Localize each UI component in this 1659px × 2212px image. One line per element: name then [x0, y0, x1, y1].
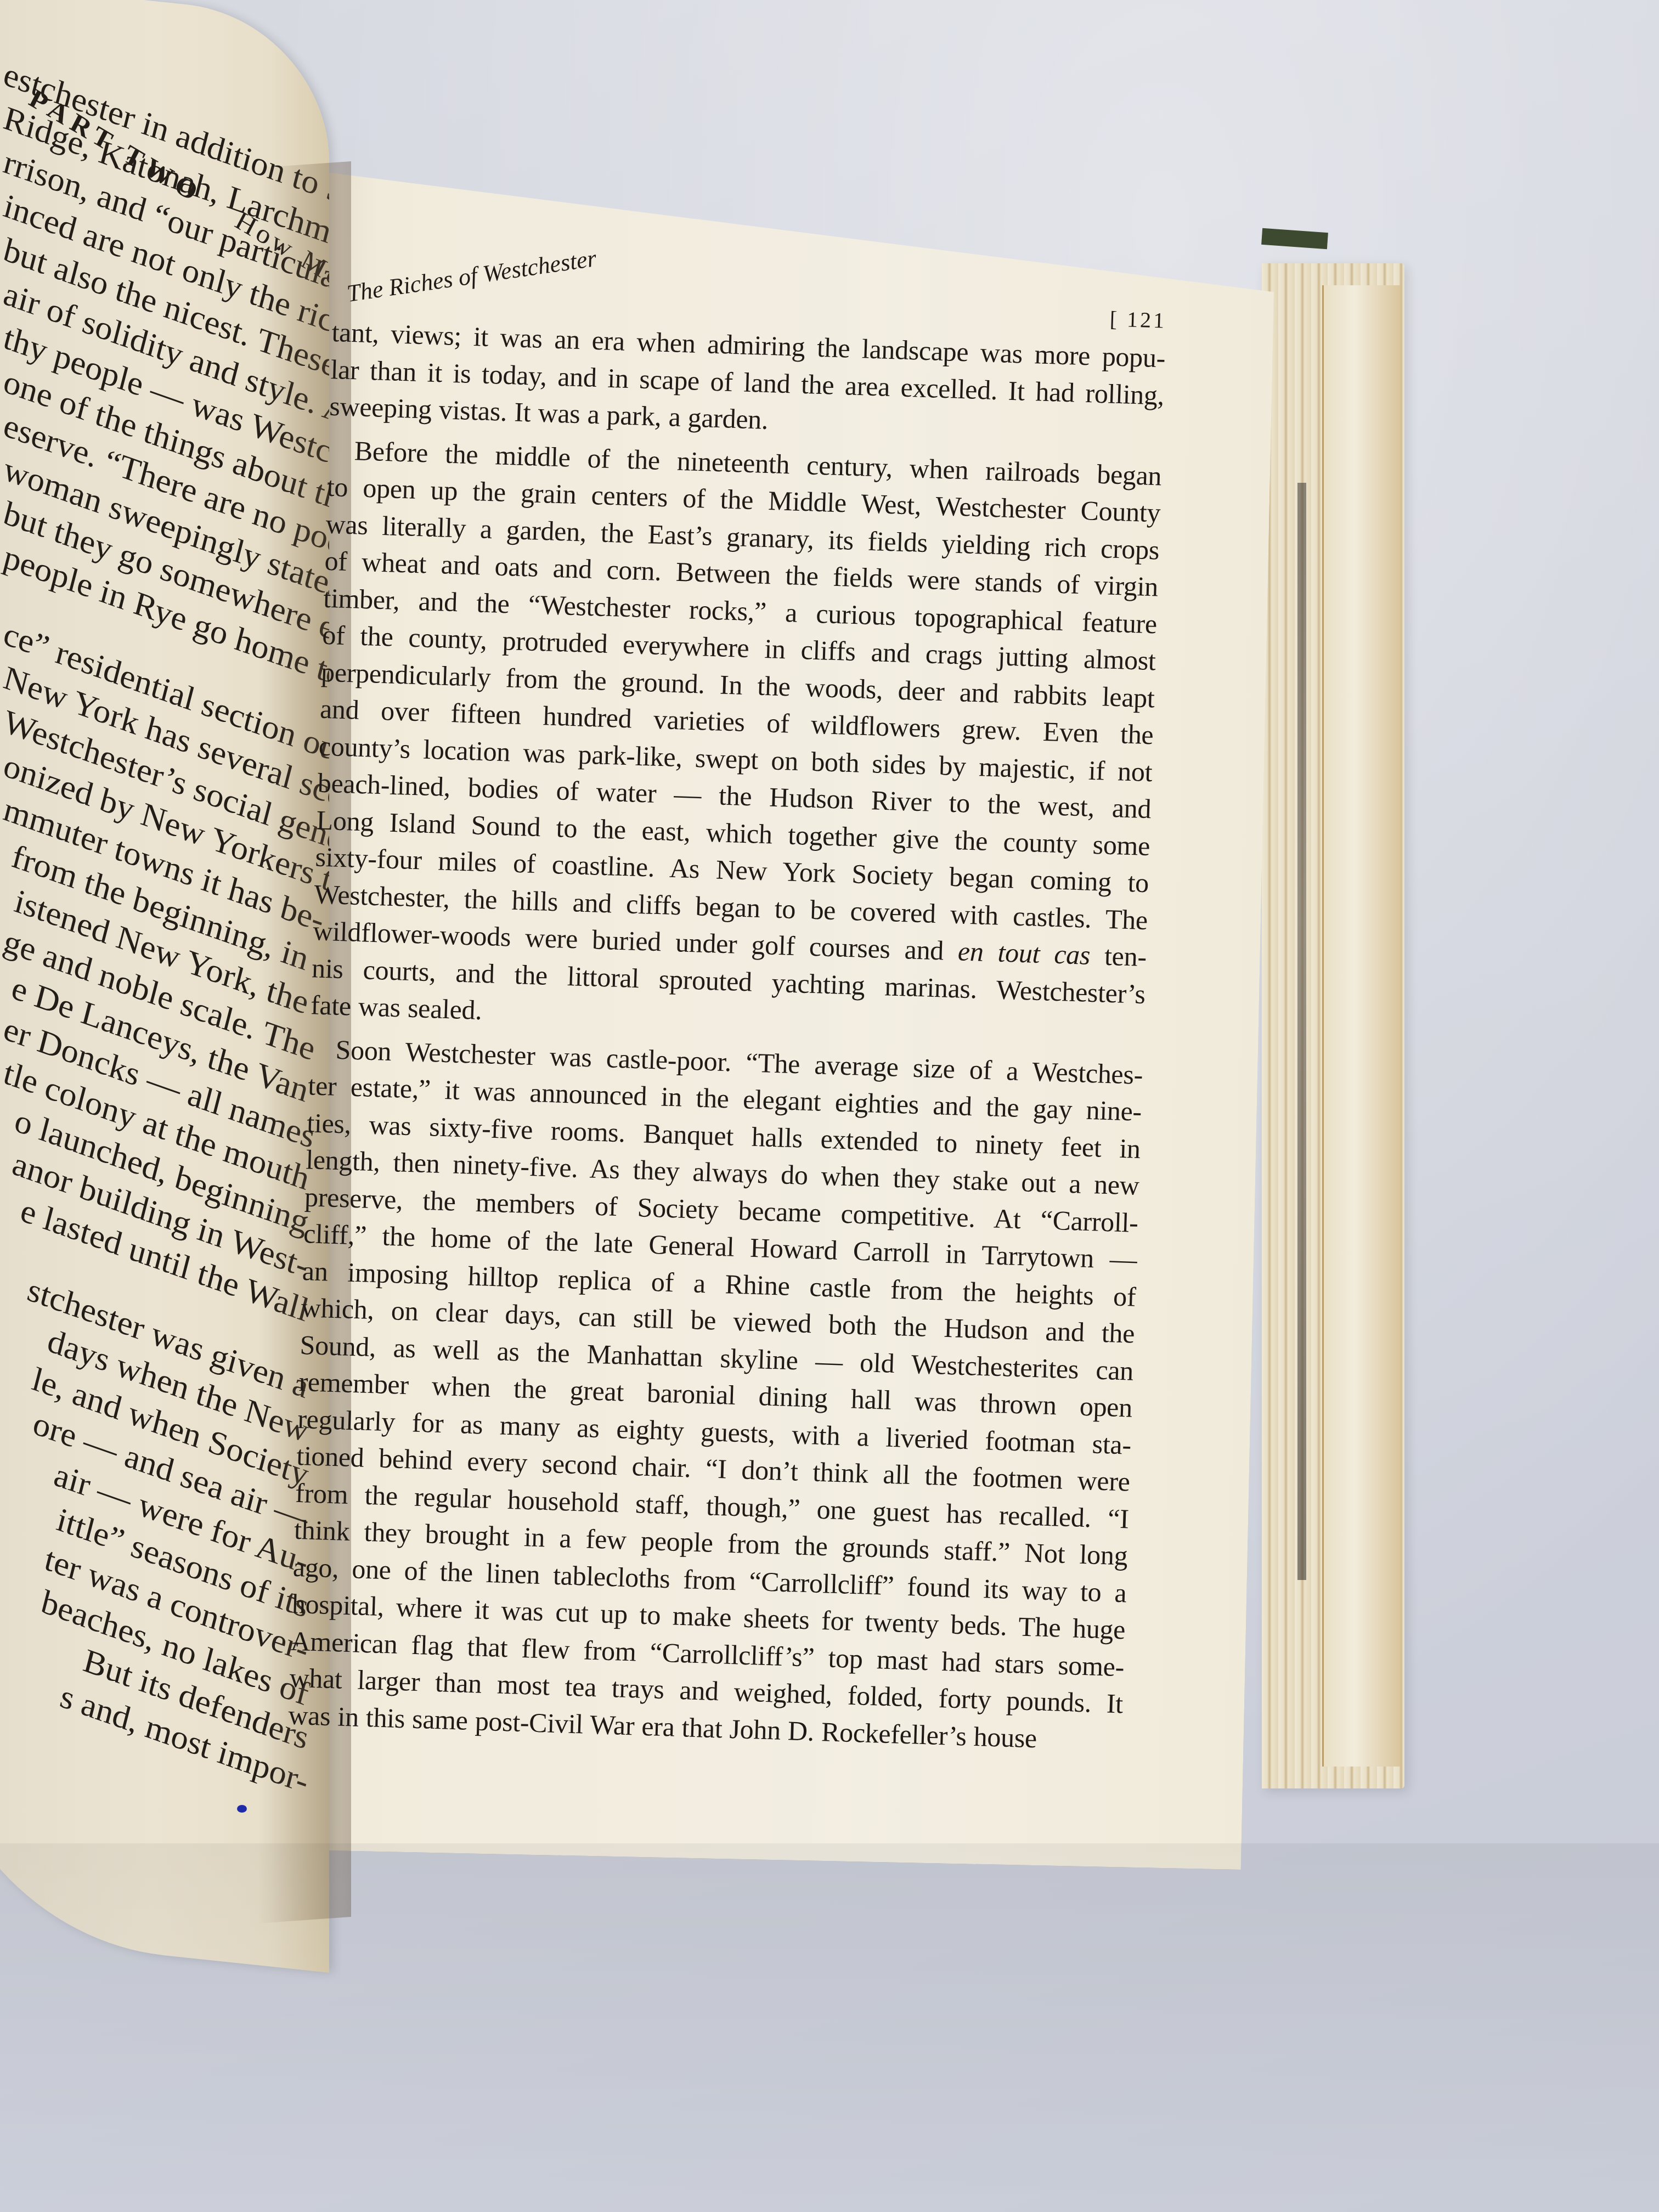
body-text: tant, views; it was an era when admiring… — [288, 314, 1166, 1759]
paragraph: Before the middle of the nineteenth cent… — [310, 431, 1162, 1049]
paragraph: Soon Westchester was castle-poor. “The a… — [288, 1030, 1144, 1760]
folded-page-edge — [1322, 285, 1401, 1767]
right-page-content: The Riches of Westchester [ 121 tant, vi… — [288, 241, 1169, 1759]
page-number: [ 121 — [1109, 306, 1167, 333]
chapter-title: The Riches of Westchester — [345, 244, 599, 308]
bookmark — [1297, 483, 1306, 1580]
thread-mark — [237, 1805, 247, 1813]
table-shadow — [0, 1843, 1659, 2212]
italic-phrase: en tout cas — [957, 935, 1091, 970]
page-stack — [1262, 263, 1404, 1788]
paragraph: tant, views; it was an era when admiring… — [329, 314, 1166, 451]
